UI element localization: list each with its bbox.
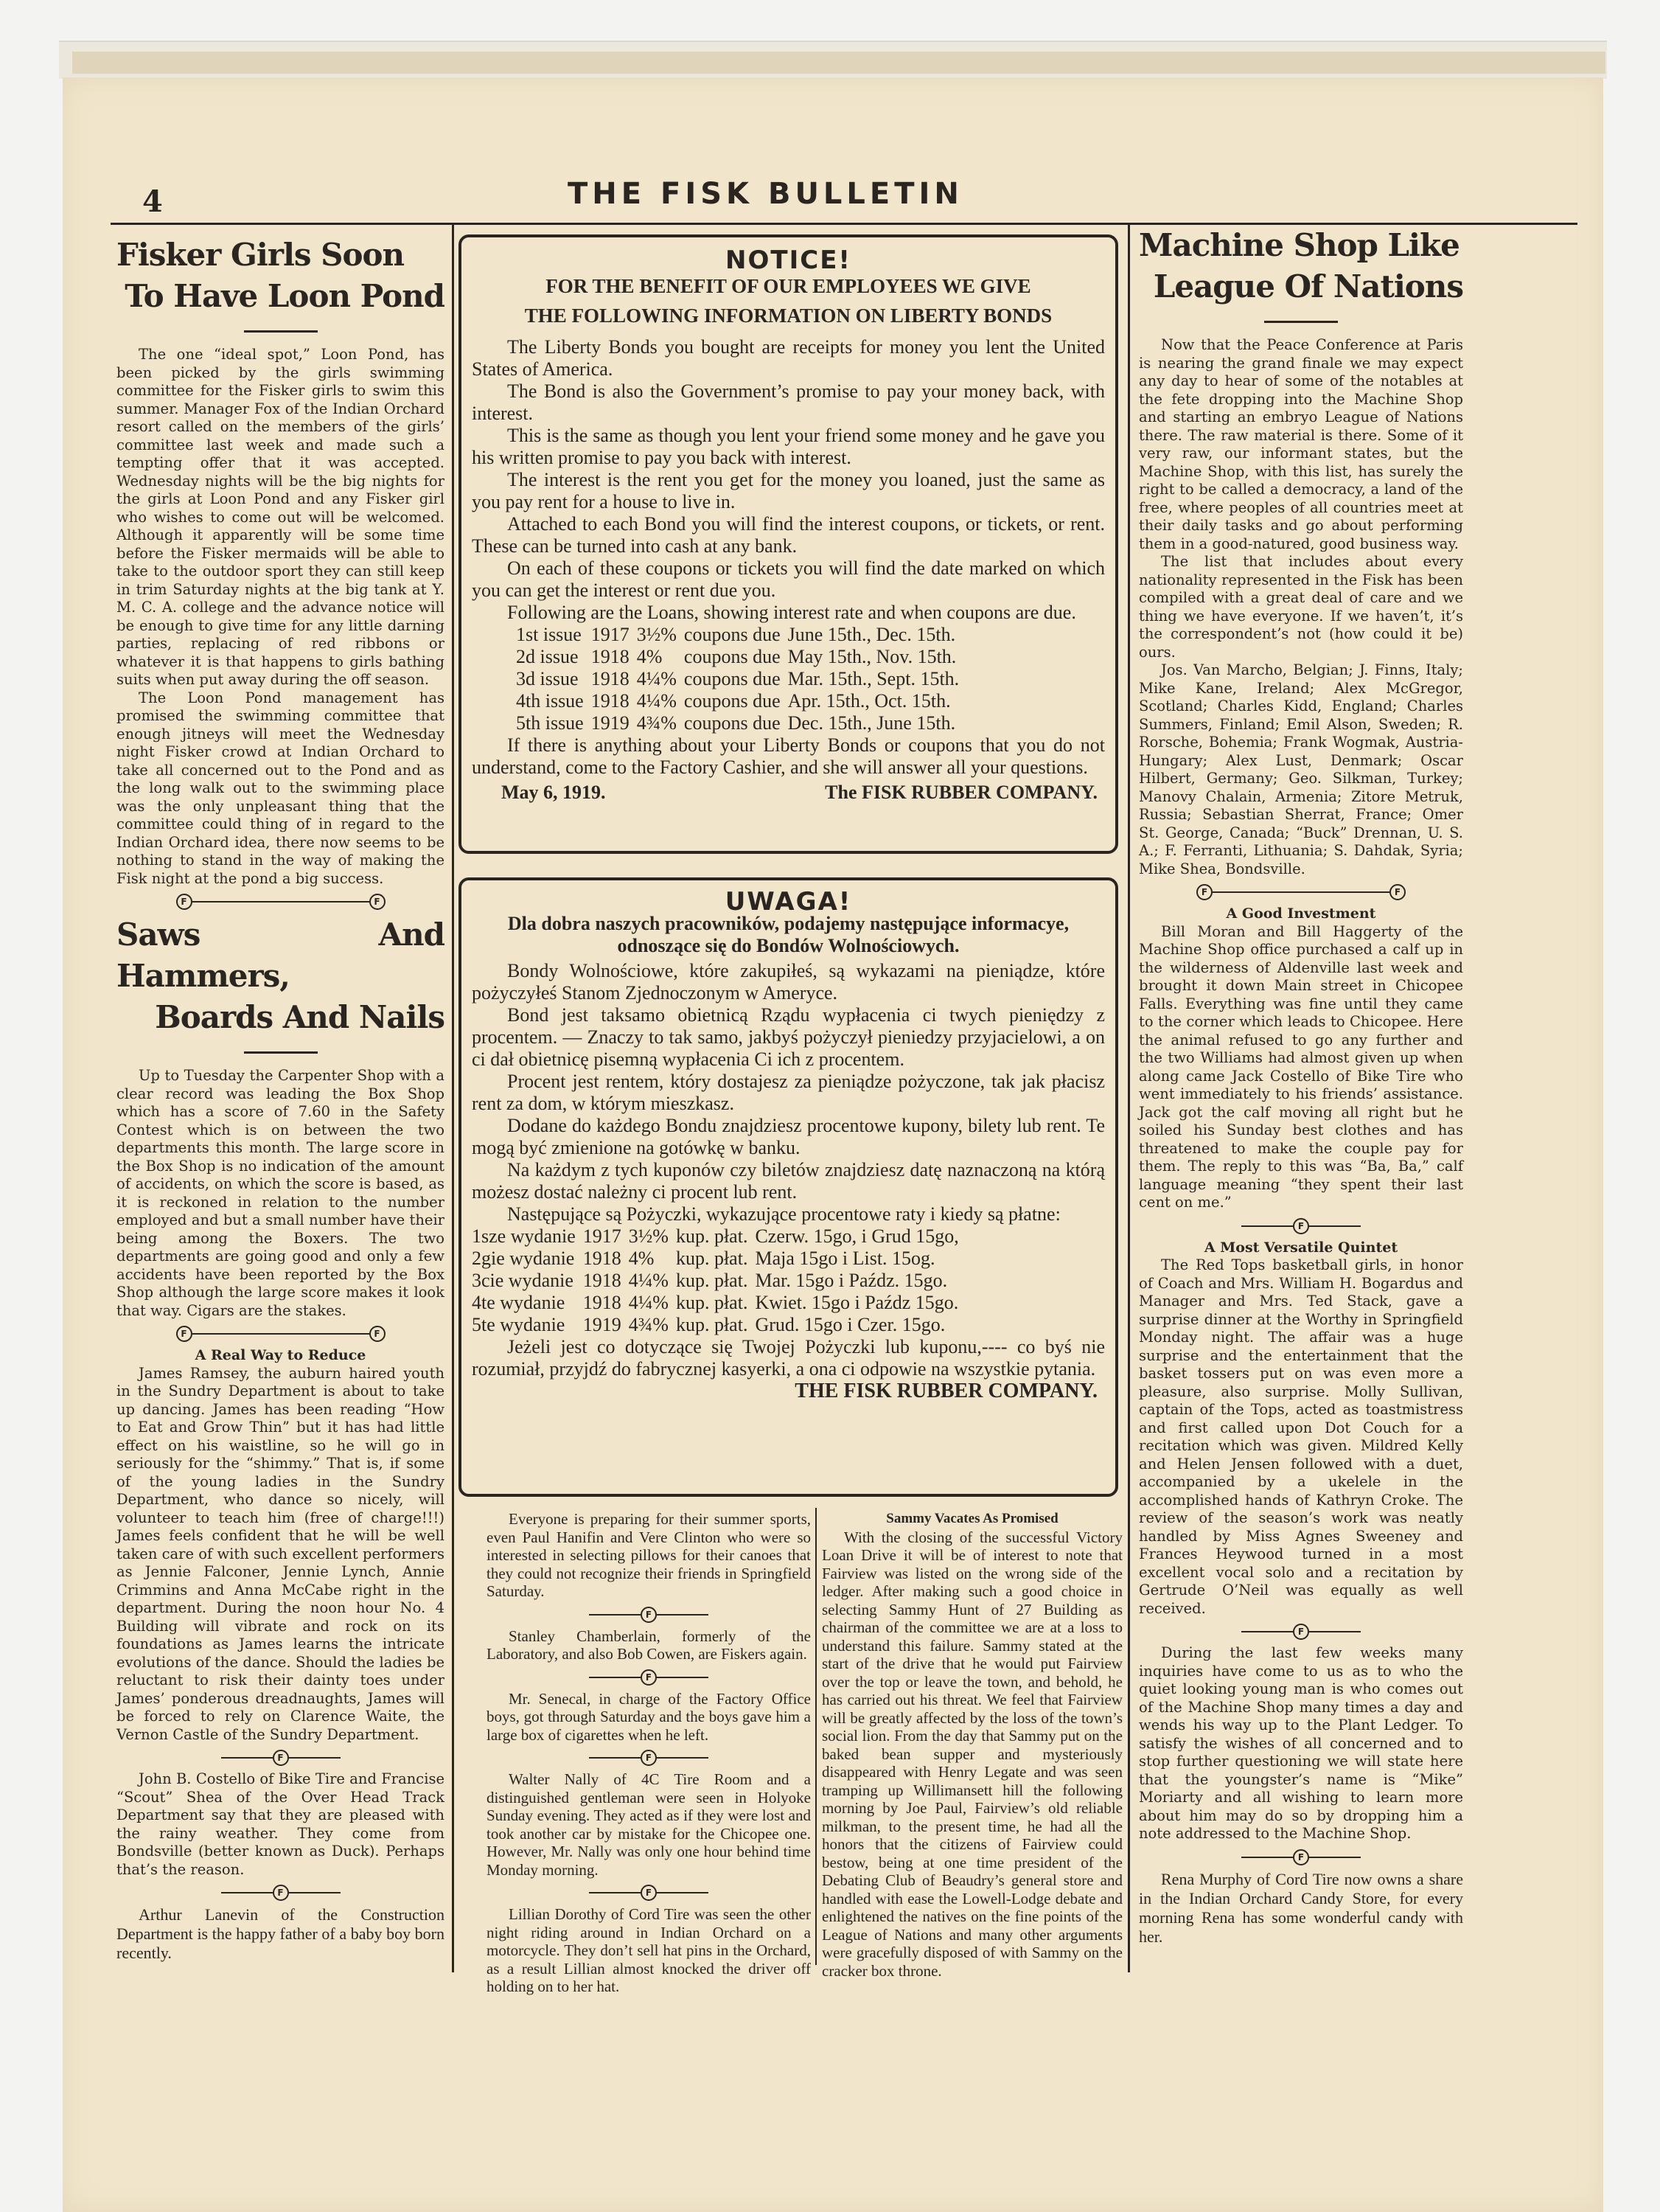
article-paragraph: Bill Moran and Bill Haggerty of the Mach… [1139,923,1463,1212]
loan-issue: 3cie wydanie [472,1270,583,1292]
notice-paragraph: Następujące są Pożyczki, wykazujące proc… [472,1203,1105,1225]
news-item: John B. Costello of Bike Tire and Franci… [116,1770,444,1879]
notice-closing: If there is anything about your Liberty … [472,734,1105,779]
fisk-divider: F [1139,1218,1463,1234]
fisk-divider: F [1139,1849,1463,1865]
headline-rule [244,330,318,333]
notice-title: NOTICE! [472,249,1105,271]
loan-rate: 4¼% [637,668,684,690]
column-rule-left [452,225,454,1972]
fisk-f-icon: F [369,894,386,910]
loan-year: 1917 [583,1225,629,1248]
middle-bottom-right-column: Sammy Vacates As Promised With the closi… [822,1510,1123,1980]
liberty-bonds-notice-english: NOTICE! FOR THE BENEFIT OF OUR EMPLOYEES… [458,234,1118,854]
notice-signature: The FISK RUBBER COMPANY. [825,782,1098,804]
loan-rate: 4¼% [629,1292,676,1314]
loan-issue: 1sze wydanie [472,1225,583,1248]
loan-year: 1919 [591,712,637,734]
column-rule-right [1128,225,1130,1972]
loan-dates: Kwiet. 15go i Paźdz 15go. [755,1292,966,1314]
loan-year: 1918 [583,1270,629,1292]
loan-rate: 3½% [629,1225,676,1248]
loan-rate: 3½% [637,624,684,646]
fisk-f-icon: F [641,1885,657,1901]
notice-subtitle: Dla dobra naszych pracowników, podajemy … [472,913,1105,957]
loan-dates: Czerw. 15go, i Grud 15go, [755,1225,966,1248]
headline-machine-shop: Machine Shop Like League Of Nations [1139,225,1463,307]
torn-page-edge [72,52,1605,74]
loan-dates: Maja 15go i List. 15og. [755,1248,966,1270]
notice-paragraph: Bondy Wolnościowe, które zakupiłeś, są w… [472,960,1105,1004]
loan-dates: Apr. 15th., Oct. 15th. [788,690,967,712]
loan-row: 5th issue19194¾%coupons dueDec. 15th., J… [516,712,966,734]
notice-footer: May 6, 1919. The FISK RUBBER COMPANY. [472,779,1105,804]
subhead-sammy-vacates: Sammy Vacates As Promised [822,1510,1123,1528]
liberty-bonds-notice-polish: UWAGA! Dla dobra naszych pracowników, po… [458,877,1118,1497]
loan-label: coupons due [684,668,788,690]
page-number: 4 [142,184,163,219]
column-rule-middle-bottom [815,1508,817,1965]
loan-year: 1918 [583,1248,629,1270]
notice-paragraph: The Liberty Bonds you bought are receipt… [472,336,1105,380]
loan-label: kup. płat. [676,1270,756,1292]
loan-dates: May 15th., Nov. 15th. [788,646,967,668]
article-paragraph: The one “ideal spot,” Loon Pond, has bee… [116,346,444,689]
loan-rate: 4% [637,646,684,668]
loan-label: kup. płat. [676,1314,756,1336]
loan-row: 4te wydanie19184¼%kup. płat.Kwiet. 15go … [472,1292,966,1314]
loan-issue: 4te wydanie [472,1292,583,1314]
loan-year: 1919 [583,1314,629,1336]
fisk-f-icon: F [1389,884,1406,900]
notice-paragraph: Following are the Loans, showing interes… [472,602,1105,624]
loan-dates: Dec. 15th., June 15th. [788,712,967,734]
loan-schedule-table-english: 1st issue19173½%coupons dueJune 15th., D… [516,624,966,734]
notice-paragraph: Dodane do każdego Bondu znajdziesz proce… [472,1115,1105,1159]
loan-row: 3cie wydanie19184¼%kup. płat.Mar. 15go i… [472,1270,966,1292]
notice-paragraph: Na każdym z tych kuponów czy biletów zna… [472,1159,1105,1203]
loan-year: 1917 [591,624,637,646]
notice-paragraph: The Bond is also the Government’s promis… [472,380,1105,425]
subhead-real-way-to-reduce: A Real Way to Reduce [116,1346,444,1365]
article-paragraph: Up to Tuesday the Carpenter Shop with a … [116,1067,444,1320]
headline-rule [1264,321,1338,323]
news-item: Stanley Chamberlain, formerly of the Lab… [487,1627,811,1663]
fisk-divider: F [116,1885,444,1901]
loan-dates: Mar. 15go i Paźdz. 15go. [755,1270,966,1292]
news-item: Lillian Dorothy of Cord Tire was seen th… [487,1905,811,1996]
notice-paragraph: Procent jest rentem, który dostajesz za … [472,1071,1105,1115]
loan-rate: 4% [629,1248,676,1270]
notice-title: UWAGA! [472,891,1105,913]
fisk-divider: FF [116,1326,444,1342]
notice-paragraph: Bond jest taksamo obietnicą Rządu wypłac… [472,1004,1105,1071]
loan-label: kup. płat. [676,1292,756,1314]
loan-label: coupons due [684,646,788,668]
loan-year: 1918 [591,690,637,712]
article-paragraph: The list that includes about every natio… [1139,553,1463,661]
masthead: THE FISK BULLETIN [568,177,963,211]
headline-rule [244,1051,318,1054]
loan-issue: 4th issue [516,690,591,712]
loan-year: 1918 [591,668,637,690]
loan-row: 3d issue19184¼%coupons dueMar. 15th., Se… [516,668,966,690]
subhead-good-investment: A Good Investment [1139,905,1463,923]
article-paragraph: James Ramsey, the auburn haired youth in… [116,1365,444,1745]
fisk-divider: F [487,1750,811,1766]
fisk-f-icon: F [369,1326,386,1342]
fisk-f-icon: F [641,1607,657,1623]
loan-rate: 4¼% [637,690,684,712]
fisk-divider: F [1139,1624,1463,1640]
fisk-divider: F [487,1607,811,1623]
loan-dates: June 15th., Dec. 15th. [788,624,967,646]
headline-saws-hammers: Saws And Hammers, Boards And Nails [116,914,444,1038]
loan-year: 1918 [583,1292,629,1314]
article-paragraph: The Red Tops basketball girls, in honor … [1139,1256,1463,1618]
fisk-f-icon: F [641,1669,657,1686]
loan-row: 2d issue19184%coupons dueMay 15th., Nov.… [516,646,966,668]
article-paragraph: Now that the Peace Conference at Paris i… [1139,336,1463,553]
headline-loon-pond: Fisker Girls Soon To Have Loon Pond [116,234,444,317]
loan-label: kup. płat. [676,1225,756,1248]
notice-subtitle: FOR THE BENEFIT OF OUR EMPLOYEES WE GIVE… [472,271,1105,330]
loan-issue: 1st issue [516,624,591,646]
fisk-f-icon: F [273,1885,289,1901]
fisk-f-icon: F [1196,884,1213,900]
fisk-f-icon: F [176,894,192,910]
loan-label: coupons due [684,690,788,712]
news-item: During the last few weeks many inquiries… [1139,1644,1463,1843]
news-item: Everyone is preparing for their summer s… [487,1510,811,1601]
article-paragraph: The Loon Pond management has promised th… [116,689,444,888]
loan-dates: Mar. 15th., Sept. 15th. [788,668,967,690]
loan-label: coupons due [684,624,788,646]
loan-schedule-table-polish: 1sze wydanie19173½%kup. płat.Czerw. 15go… [472,1225,966,1336]
notice-paragraph: On each of these coupons or tickets you … [472,557,1105,602]
fisk-f-icon: F [1293,1849,1309,1865]
notice-paragraph: This is the same as though you lent your… [472,425,1105,469]
loan-rate: 4¾% [629,1314,676,1336]
loan-label: coupons due [684,712,788,734]
notice-closing: Jeżeli jest co dotyczące się Twojej Poży… [472,1336,1105,1380]
fisk-divider: FF [116,894,444,910]
loan-dates: Grud. 15go i Czer. 15go. [755,1314,966,1336]
news-item: Mr. Senecal, in charge of the Factory Of… [487,1690,811,1745]
notice-signature: THE FISK RUBBER COMPANY. [472,1380,1105,1402]
loan-rate: 4¾% [637,712,684,734]
loan-issue: 2d issue [516,646,591,668]
loan-row: 2gie wydanie19184%kup. płat.Maja 15go i … [472,1248,966,1270]
fisk-f-icon: F [273,1750,289,1766]
fisk-f-icon: F [1293,1624,1309,1640]
left-column: Fisker Girls Soon To Have Loon Pond The … [116,234,444,1963]
notice-paragraph: Attached to each Bond you will find the … [472,513,1105,557]
loan-year: 1918 [591,646,637,668]
loan-issue: 3d issue [516,668,591,690]
fisk-divider: F [116,1750,444,1766]
loan-row: 1sze wydanie19173½%kup. płat.Czerw. 15go… [472,1225,966,1248]
fisk-divider: F [487,1669,811,1686]
article-paragraph: Jos. Van Marcho, Belgian; J. Finns, Ital… [1139,661,1463,878]
notice-paragraph: The interest is the rent you get for the… [472,469,1105,513]
loan-row: 1st issue19173½%coupons dueJune 15th., D… [516,624,966,646]
fisk-divider: F [487,1885,811,1901]
subhead-versatile-quintet: A Most Versatile Quintet [1139,1239,1463,1257]
loan-row: 5te wydanie19194¾%kup. płat.Grud. 15go i… [472,1314,966,1336]
loan-rate: 4¼% [629,1270,676,1292]
fisk-divider: FF [1139,884,1463,900]
news-item: Rena Murphy of Cord Tire now owns a shar… [1139,1870,1463,1947]
loan-issue: 2gie wydanie [472,1248,583,1270]
notice-date: May 6, 1919. [501,782,606,804]
news-item: Walter Nally of 4C Tire Room and a disti… [487,1770,811,1879]
loan-label: kup. płat. [676,1248,756,1270]
middle-bottom-left-column: Everyone is preparing for their summer s… [487,1510,811,1996]
loan-issue: 5th issue [516,712,591,734]
loan-issue: 5te wydanie [472,1314,583,1336]
fisk-f-icon: F [1293,1218,1309,1234]
fisk-f-icon: F [176,1326,192,1342]
news-item: Arthur Lanevin of the Construction Depar… [116,1905,444,1963]
article-paragraph: With the closing of the successful Victo… [822,1528,1123,1980]
loan-row: 4th issue19184¼%coupons dueApr. 15th., O… [516,690,966,712]
fisk-f-icon: F [641,1750,657,1766]
right-column: Machine Shop Like League Of Nations Now … [1139,225,1463,1947]
